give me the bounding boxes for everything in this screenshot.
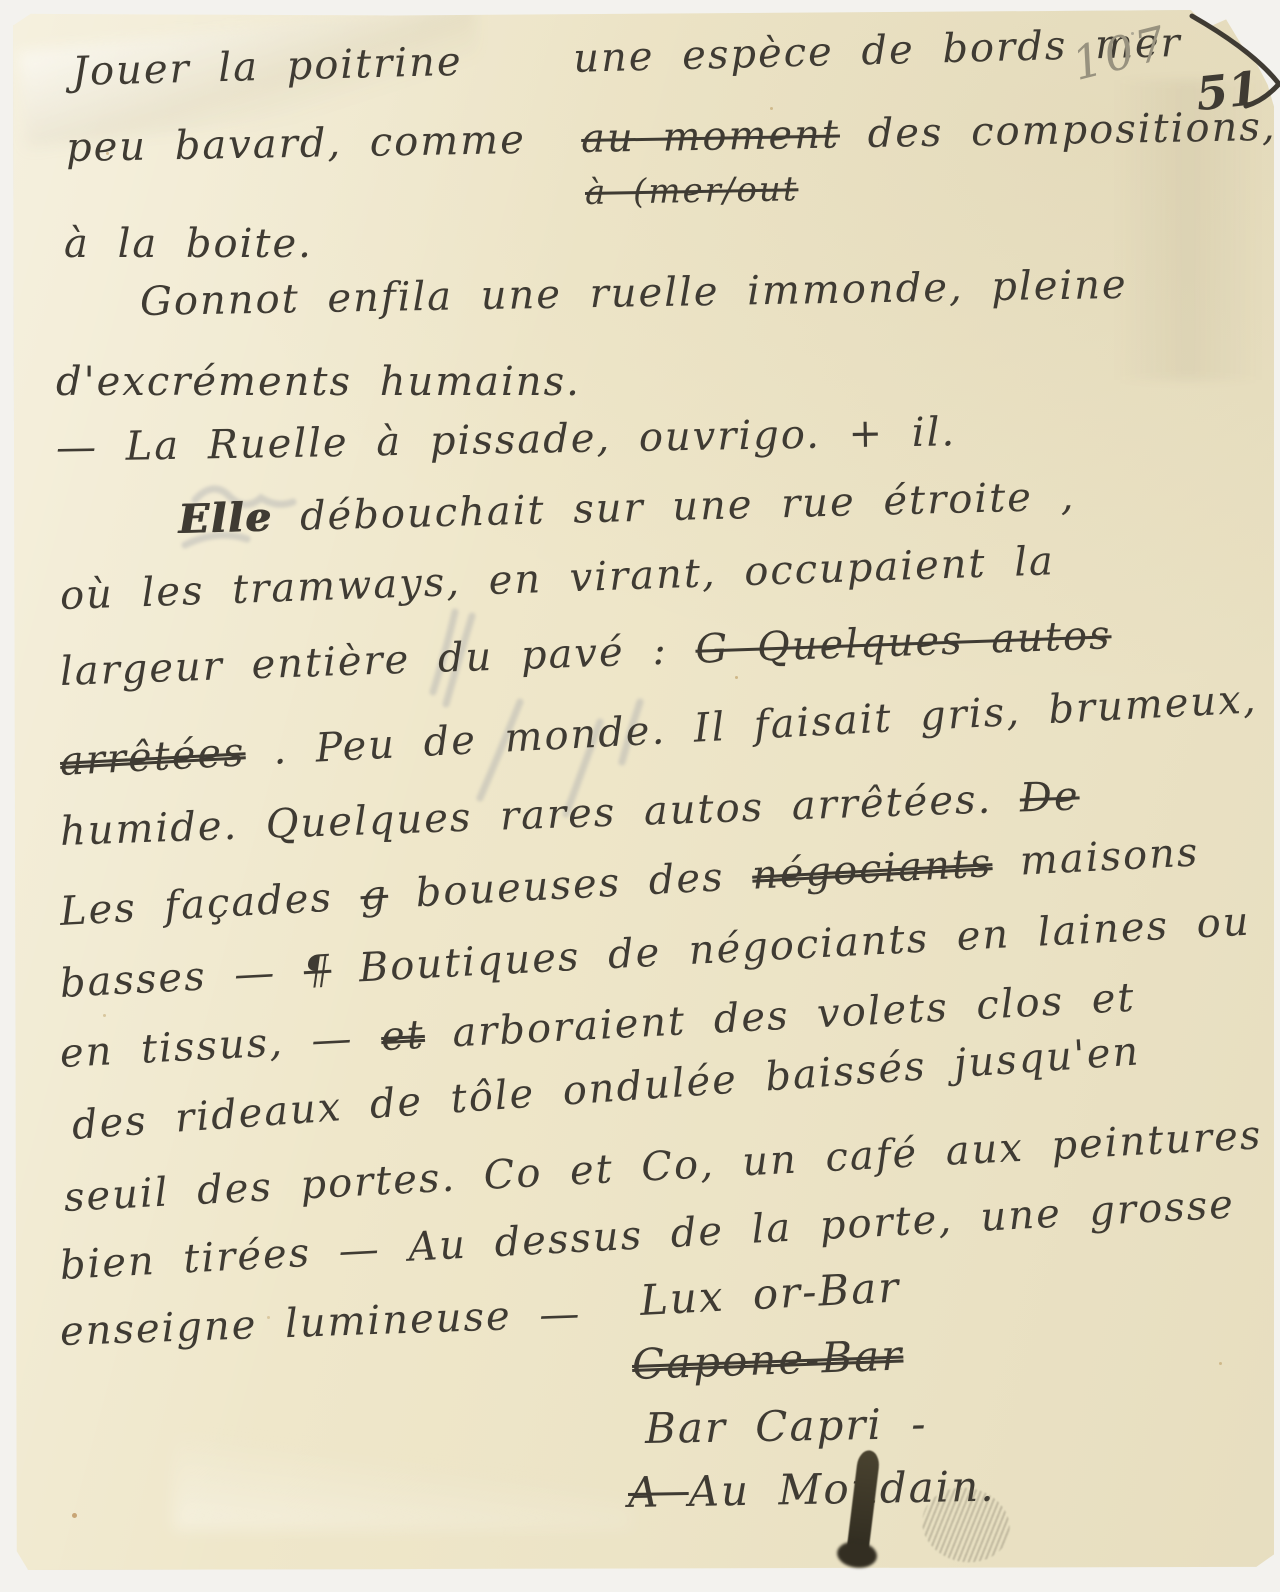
paper-crease-bottom (173, 1420, 633, 1530)
crossed-out-text: et (380, 1012, 426, 1060)
handwritten-text: peu bavard, comme (66, 116, 582, 171)
crossed-out-text: Capone-Bar (631, 1331, 904, 1389)
handwritten-text: d'excréments humains. (56, 359, 581, 405)
crossed-out-text: ¶ (303, 947, 333, 994)
crossed-out-text: à (mer/out (585, 169, 799, 213)
crossed-out-text: au moment (581, 111, 841, 162)
crossed-out-text: De (1019, 773, 1080, 821)
handwritten-text: Elle (177, 494, 273, 543)
manuscript-line: Capone-Bar (631, 1335, 904, 1386)
crossed-out-text: A (628, 1467, 690, 1517)
manuscript-line: à la boite. (64, 224, 313, 264)
scanned-manuscript-page: { "document": { "kind": "handwritten man… (0, 0, 1280, 1592)
crossed-out-text: g (359, 872, 389, 919)
manuscript-line: à (mer/out (585, 172, 799, 210)
handwritten-text: à la boite. (64, 221, 313, 267)
handwritten-text: Bar Capri - (645, 1399, 928, 1453)
manuscript-line: Bar Capri - (645, 1403, 928, 1450)
page-number-ink: 51 (1193, 61, 1262, 121)
foxing-specks (13, 10, 16, 13)
manuscript-line: d'excréments humains. (56, 362, 581, 402)
crossed-out-text: arrêtées (59, 729, 247, 785)
